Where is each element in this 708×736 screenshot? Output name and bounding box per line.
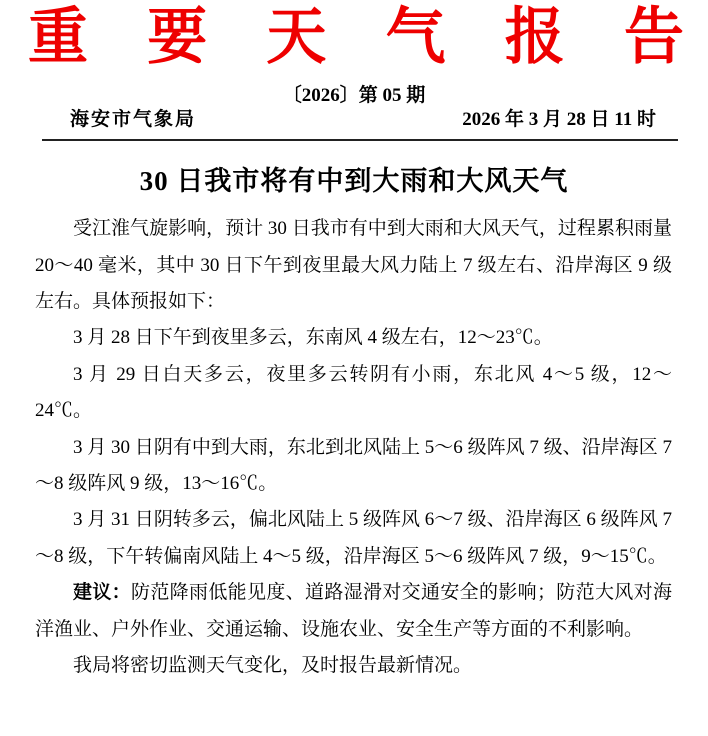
banner-char: 要	[147, 3, 207, 72]
banner-char: 重	[28, 3, 88, 72]
banner-char: 气	[386, 3, 446, 72]
advice-text: 防范降雨低能见度、道路湿滑对交通安全的影响；防范大风对海洋渔业、户外作业、交通运…	[35, 582, 672, 639]
paragraph-forecast-mar29: 3 月 29 日白天多云，夜里多云转阴有小雨，东北风 4～5 级，12～24℃。	[35, 357, 672, 430]
advice-label: 建议：	[73, 582, 131, 603]
agency-name: 海安市气象局	[70, 108, 196, 132]
report-body: 受江淮气旋影响，预计 30 日我市有中到大雨和大风天气，过程累积雨量 20～40…	[35, 211, 672, 684]
masthead-row: 海安市气象局 2026 年 3 月 28 日 11 时	[0, 108, 708, 132]
report-title: 30 日我市将有中到大雨和大风天气	[0, 166, 708, 196]
banner-char: 报	[505, 3, 565, 72]
header-divider	[42, 139, 678, 141]
issue-number: 〔2026〕第 05 期	[0, 85, 708, 107]
banner-char: 告	[624, 3, 684, 72]
paragraph-overview: 受江淮气旋影响，预计 30 日我市有中到大雨和大风天气，过程累积雨量 20～40…	[35, 211, 672, 320]
paragraph-closing: 我局将密切监测天气变化，及时报告最新情况。	[35, 648, 672, 684]
paragraph-forecast-mar30: 3 月 30 日阴有中到大雨，东北到北风陆上 5～6 级阵风 7 级、沿岸海区 …	[35, 430, 672, 503]
banner-char: 天	[266, 3, 326, 72]
paragraph-forecast-mar31: 3 月 31 日阴转多云，偏北风陆上 5 级阵风 6～7 级、沿岸海区 6 级阵…	[35, 502, 672, 575]
report-banner-title: 重 要 天 气 报 告	[0, 0, 708, 71]
report-datetime: 2026 年 3 月 28 日 11 时	[462, 108, 656, 132]
paragraph-advice: 建议：防范降雨低能见度、道路湿滑对交通安全的影响；防范大风对海洋渔业、户外作业、…	[35, 575, 672, 648]
paragraph-forecast-mar28: 3 月 28 日下午到夜里多云，东南风 4 级左右，12～23℃。	[35, 320, 672, 356]
